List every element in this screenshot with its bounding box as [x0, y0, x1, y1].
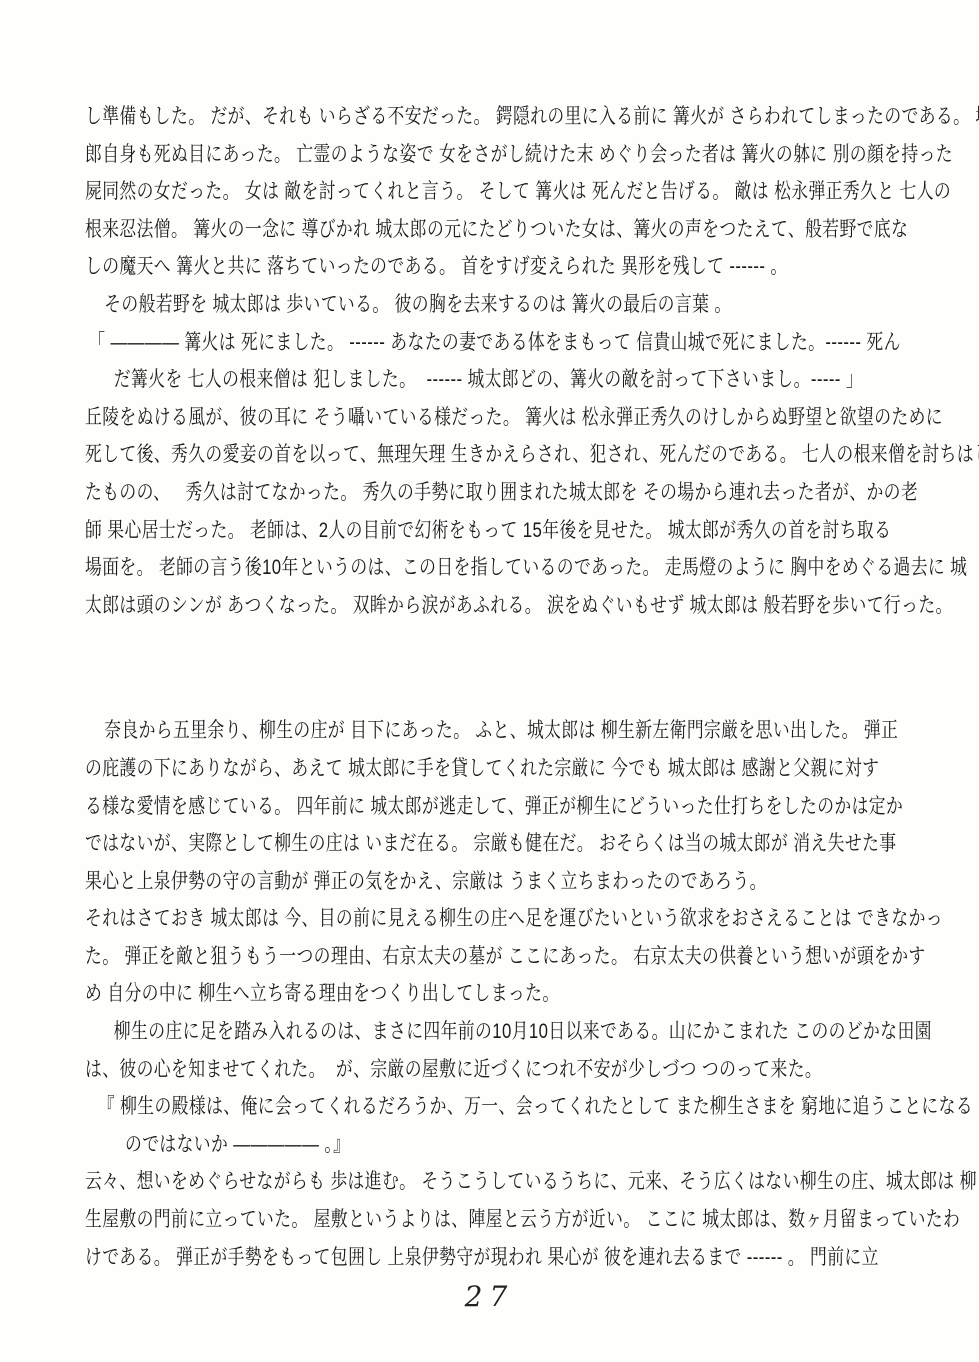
text-line: のではないか ————— 。』 — [85, 1126, 979, 1164]
section-break — [85, 624, 965, 712]
text-line: 師 果心居士だった。 老師は、2人の目前で幻術をもって 15年後を見せた。 城太… — [85, 512, 965, 550]
text-line: だ篝火を 七人の根来僧は 犯しました。 ------ 城太郎どの、篝火の敵を討っ… — [85, 361, 979, 399]
text-line: め 自分の中に 柳生へ立ち寄る理由をつくり出してしまった。 — [85, 975, 965, 1013]
text-line: 丘陵をぬける風が、彼の耳に そう囁いている様だった。 篝火は 松永弾正秀久のけし… — [85, 399, 965, 437]
text-line: その般若野を 城太郎は 歩いている。 彼の胸を去来するのは 篝火の最后の言葉 。 — [85, 286, 979, 324]
text-line: 根来忍法僧。 篝火の一念に 導びかれ 城太郎の元にたどりついた女は、篝火の声をつ… — [85, 211, 965, 249]
text-line: たものの、 秀久は討てなかった。 秀久の手勢に取り囲まれた城太郎を その場から連… — [85, 474, 965, 512]
text-line: 死して後、秀久の愛妾の首を以って、無理矢理 生きかえらされ、犯され、死んだのであ… — [85, 436, 965, 474]
text-line: しの魔天へ 篝火と共に 落ちていったのである。 首をすげ変えられた 異形を残して… — [85, 248, 965, 286]
text-line: 云々、想いをめぐらせながらも 歩は進む。 そうこうしているうちに、元来、そう広く… — [85, 1163, 965, 1201]
text-line: 場面を。 老師の言う後10年というのは、この日を指しているのであった。 走馬燈の… — [85, 549, 965, 587]
text-line: は、彼の心を知ませてくれた。 が、宗厳の屋敷に近づくにつれ不安が少しづつ つのっ… — [85, 1051, 965, 1089]
text-line: た。 弾正を敵と狙うもう一つの理由、右京太夫の墓が ここにあった。 右京太夫の供… — [85, 938, 965, 976]
text-line: 太郎は頭のシンが あつくなった。 双眸から涙があふれる。 涙をぬぐいもせず 城太… — [85, 587, 965, 625]
text-line: 生屋敷の門前に立っていた。 屋敷というよりは、陣屋と云う方が近い。 ここに 城太… — [85, 1201, 965, 1239]
text-block: し準備もした。 だが、それも いらざる不安だった。 鍔隠れの里に入る前に 篝火が… — [85, 98, 965, 1276]
text-line: 「 ———— 篝火は 死にました。 ------ あなたの妻である体をまもって … — [85, 324, 968, 362]
text-line: る様な愛情を感じている。 四年前に 城太郎が逃走して、弾正が柳生にどういった仕打… — [85, 788, 965, 826]
text-line: ではないが、実際として柳生の庄は いまだ在る。 宗厳も健在だ。 おそらくは当の城… — [85, 825, 965, 863]
scanned-page: し準備もした。 だが、それも いらざる不安だった。 鍔隠れの里に入る前に 篝火が… — [0, 0, 979, 1362]
text-line: 柳生の庄に足を踏み入れるのは、まさに四年前の10月10日以来である。山にかこまれ… — [85, 1013, 979, 1051]
text-line: の庇護の下にありながら、あえて 城太郎に手を貸してくれた宗厳に 今でも 城太郎は… — [85, 750, 965, 788]
page-number: 27 — [0, 1280, 979, 1313]
text-line: 屍同然の女だった。 女は 敵を討ってくれと言う。 そして 篝火は 死んだと告げる… — [85, 173, 965, 211]
text-line: 奈良から五里余り、柳生の庄が 目下にあった。 ふと、城太郎は 柳生新左衛門宗厳を… — [85, 712, 979, 750]
text-line: し準備もした。 だが、それも いらざる不安だった。 鍔隠れの里に入る前に 篝火が… — [85, 98, 965, 136]
text-line: けである。 弾正が手勢をもって包囲し 上泉伊勢守が現われ 果心が 彼を連れ去るま… — [85, 1239, 965, 1277]
text-line: 果心と上泉伊勢の守の言動が 弾正の気をかえ、宗厳は うまく立ちまわったのであろう… — [85, 863, 965, 901]
text-line: それはさておき 城太郎は 今、目の前に見える柳生の庄へ足を運びたいという欲求をお… — [85, 900, 965, 938]
text-line: 『 柳生の殿様は、俺に会ってくれるだろうか、万一、会ってくれたとして また柳生さ… — [85, 1088, 978, 1126]
text-line: 郎自身も死ぬ目にあった。 亡霊のような姿で 女をさがし続けた末 めぐり会った者は… — [85, 136, 965, 174]
